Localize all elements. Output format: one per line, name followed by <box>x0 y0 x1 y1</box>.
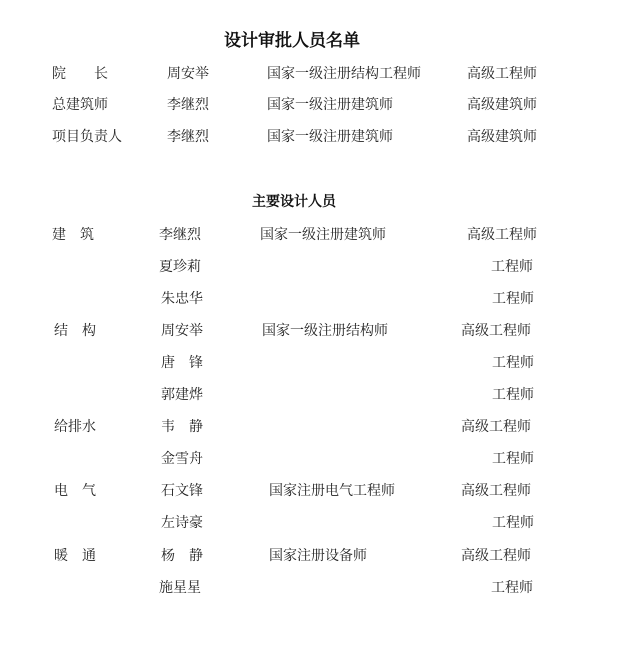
designer-name: 朱忠华 <box>161 292 203 306</box>
designer-discipline: 建 筑 <box>52 228 94 242</box>
designer-name: 夏珍莉 <box>159 260 201 274</box>
designer-qualification: 国家注册设备师 <box>269 549 367 563</box>
approval-role: 总建筑师 <box>52 98 108 112</box>
designer-title: 工程师 <box>491 260 533 274</box>
approval-title-rank: 高级建筑师 <box>467 130 537 144</box>
designer-title: 高级工程师 <box>461 324 531 338</box>
designer-title: 工程师 <box>492 356 534 370</box>
designer-discipline: 结 构 <box>54 324 96 338</box>
approval-name: 周安举 <box>167 67 209 81</box>
designer-title: 工程师 <box>492 292 534 306</box>
designer-title: 高级工程师 <box>461 420 531 434</box>
approval-title-rank: 高级建筑师 <box>467 98 537 112</box>
approval-role: 项目负责人 <box>52 130 122 144</box>
approval-qualification: 国家一级注册建筑师 <box>267 130 393 144</box>
designer-name: 施星星 <box>159 581 201 595</box>
approval-name: 李继烈 <box>167 98 209 112</box>
designer-name: 石文锋 <box>161 484 203 498</box>
designer-discipline: 给排水 <box>54 420 96 434</box>
designer-discipline: 电 气 <box>54 484 96 498</box>
designer-title: 工程师 <box>492 452 534 466</box>
designer-title: 工程师 <box>492 516 534 530</box>
designer-qualification: 国家一级注册建筑师 <box>260 228 386 242</box>
approval-name: 李继烈 <box>167 130 209 144</box>
approval-role: 院 长 <box>52 67 108 81</box>
designer-qualification: 国家注册电气工程师 <box>269 484 395 498</box>
designer-title: 高级工程师 <box>467 228 537 242</box>
designer-title: 高级工程师 <box>461 484 531 498</box>
designer-name: 唐 锋 <box>161 356 203 370</box>
designer-name: 金雪舟 <box>161 452 203 466</box>
designer-name: 李继烈 <box>159 228 201 242</box>
designer-name: 韦 静 <box>161 420 203 434</box>
designers-title: 主要设计人员 <box>252 195 336 209</box>
designer-name: 杨 静 <box>161 549 203 563</box>
approval-qualification: 国家一级注册结构工程师 <box>267 67 421 81</box>
designer-title: 高级工程师 <box>461 549 531 563</box>
designer-name: 周安举 <box>161 324 203 338</box>
designer-name: 左诗豪 <box>161 516 203 530</box>
designer-title: 工程师 <box>492 388 534 402</box>
designer-discipline: 暖 通 <box>54 549 96 563</box>
designer-name: 郭建烨 <box>161 388 203 402</box>
designer-title: 工程师 <box>491 581 533 595</box>
designer-qualification: 国家一级注册结构师 <box>262 324 388 338</box>
approval-title-rank: 高级工程师 <box>467 67 537 81</box>
approval-qualification: 国家一级注册建筑师 <box>267 98 393 112</box>
approval-title: 设计审批人员名单 <box>224 33 360 50</box>
